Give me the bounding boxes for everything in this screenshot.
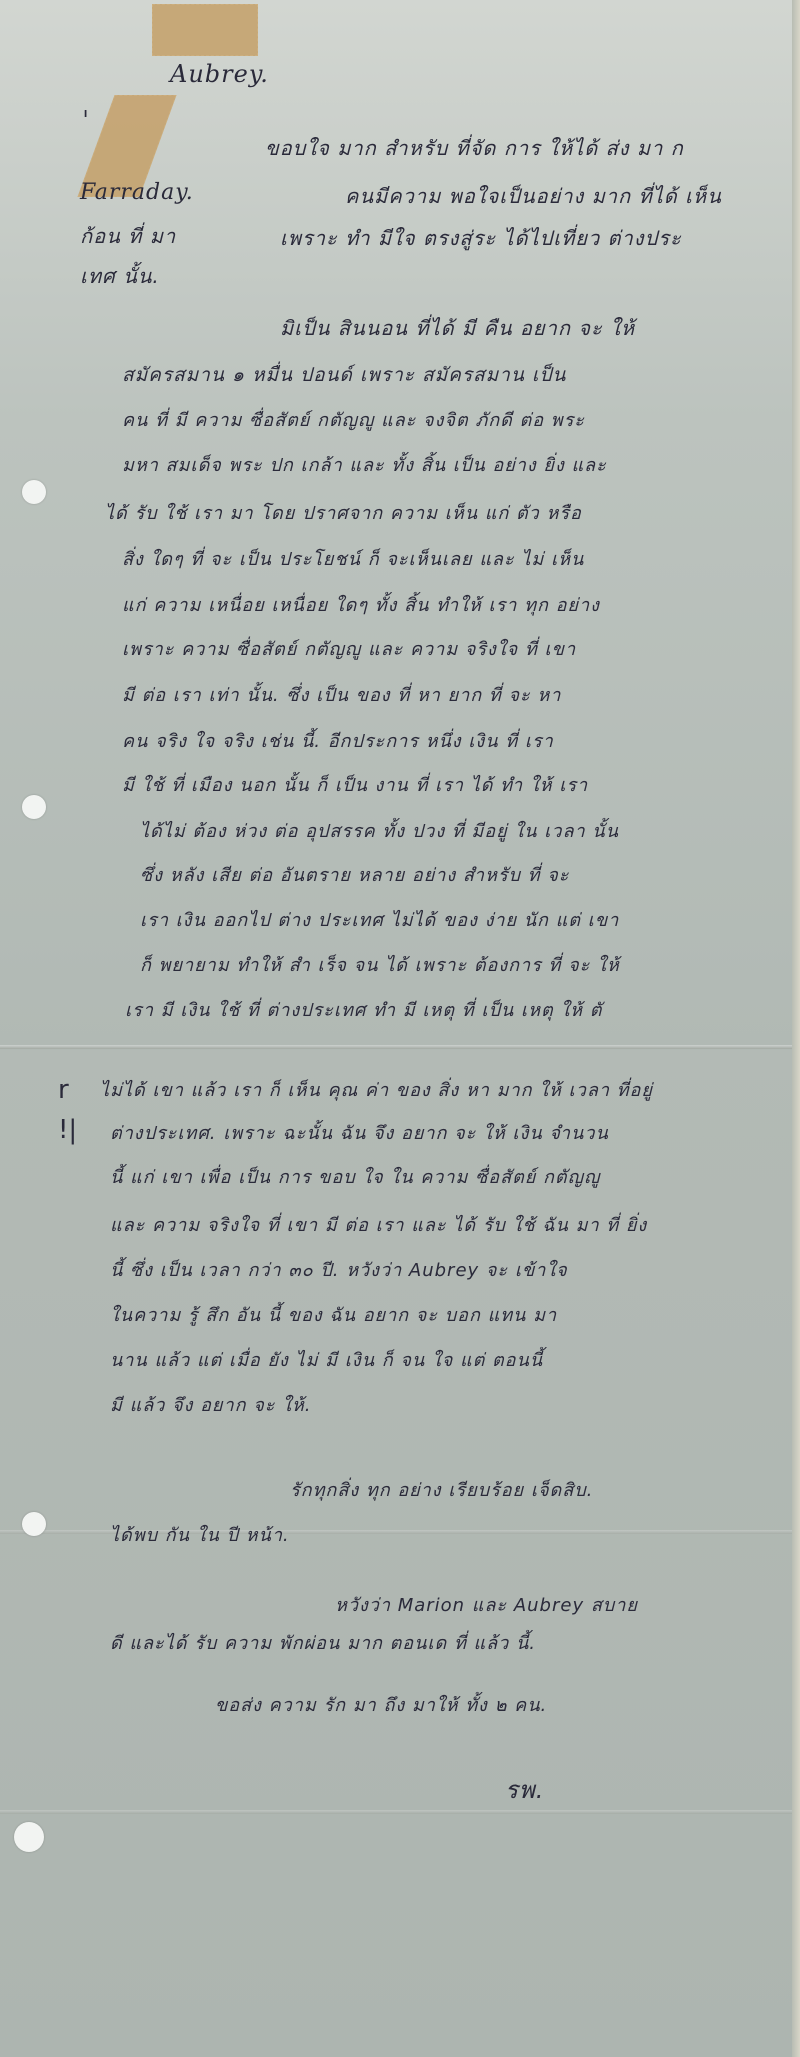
closing-line: หวังว่า Marion และ Aubrey สบาย xyxy=(335,1590,638,1619)
letter-line: แก่ ความ เหนื่อย เหนื่อย ใดๆ ทั้ง สิ้น ท… xyxy=(122,590,600,619)
letter-line: ก็ พยายาม ทำให้ สำ เร็จ จน ได้ เพราะ ต้อ… xyxy=(140,950,620,979)
letter-line: ไม่ได้ เขา แล้ว เรา ก็ เห็น คุณ ค่า ของ … xyxy=(100,1075,653,1104)
margin-note: Farraday. xyxy=(80,180,194,205)
closing-line: ได้พบ กัน ใน ปี หน้า. xyxy=(110,1520,290,1549)
letter-line: เรา มี เงิน ใช้ ที่ ต่างประเทศ ทำ มี เหต… xyxy=(125,995,602,1024)
letter-line: คน จริง ใจ จริง เช่น นี้. อีกประการ หนึ่… xyxy=(122,726,554,755)
ink-mark: !| xyxy=(58,1115,77,1145)
letter-paper: Aubrey. ˌ Farraday. ก้อน ที่ มา เทศ นั้น… xyxy=(0,0,800,2057)
letter-line: เพราะ ทำ มีใจ ตรงสู่ระ ได้ไปเที่ยว ต่างป… xyxy=(280,222,682,254)
paper-crease xyxy=(0,1810,800,1814)
ink-mark: r xyxy=(58,1075,69,1105)
letter-line: มี แล้ว จึง อยาก จะ ให้. xyxy=(110,1390,312,1419)
letter-line: ซึ่ง หลัง เสีย ต่อ อันตราย หลาย อย่าง สำ… xyxy=(140,860,569,889)
margin-note: ก้อน ที่ มา xyxy=(80,220,176,252)
letter-line: สิ่ง ใดๆ ที่ จะ เป็น ประโยชน์ ก็ จะเห็นเ… xyxy=(122,544,584,573)
letter-line: สมัครสมาน ๑ หมื่น ปอนด์ เพราะ สมัครสมาน … xyxy=(122,360,566,390)
ink-mark: ˌ xyxy=(82,90,89,120)
letter-line: เรา เงิน ออกไป ต่าง ประเทศ ไม่ได้ ของ ง่… xyxy=(140,905,619,934)
letter-line: นาน แล้ว แต่ เมื่อ ยัง ไม่ มี เงิน ก็ จน… xyxy=(110,1345,543,1374)
letter-line: คนมีความ พอใจเป็นอย่าง มาก ที่ได้ เห็น xyxy=(345,180,722,212)
letter-line: ต่างประเทศ. เพราะ ฉะนั้น ฉัน จึง อยาก จะ… xyxy=(110,1118,609,1147)
letter-line: ในความ รู้ สึก อัน นี้ ของ ฉัน อยาก จะ บ… xyxy=(110,1300,557,1329)
tape-strip xyxy=(152,4,258,56)
closing-line: รักทุกสิ่ง ทุก อย่าง เรียบร้อย เจ็ดสิบ. xyxy=(290,1475,593,1504)
closing-line: ขอส่ง ความ รัก มา ถึง มาให้ ทั้ง ๒ คน. xyxy=(215,1690,547,1719)
letter-line: ได้ไม่ ต้อง ห่วง ต่อ อุปสรรค ทั้ง ปวง ที… xyxy=(140,816,619,845)
letter-line: เพราะ ความ ซื่อสัตย์ กตัญญู และ ความ จริ… xyxy=(122,634,576,663)
closing-line: ดี และได้ รับ ความ พักผ่อน มาก ตอนเด ที่… xyxy=(110,1628,536,1657)
letter-line: และ ความ จริงใจ ที่ เขา มี ต่อ เรา และ ไ… xyxy=(110,1210,647,1239)
letter-line: มี ต่อ เรา เท่า นั้น. ซึ่ง เป็น ของ ที่ … xyxy=(122,680,561,709)
letter-line: นี้ ซึ่ง เป็น เวลา กว่า ๓๐ ปี. หวังว่า A… xyxy=(110,1255,568,1284)
salutation: Aubrey. xyxy=(170,60,269,88)
letter-line: มิเป็น สินนอน ที่ได้ มี คืน อยาก จะ ให้ xyxy=(280,312,635,344)
signature: รพ. xyxy=(505,1770,544,1809)
letter-line: ขอบใจ มาก สำหรับ ที่จัด การ ให้ได้ ส่ง ม… xyxy=(265,132,684,164)
letter-line: ได้ รับ ใช้ เรา มา โดย ปราศจาก ความ เห็น… xyxy=(105,498,582,527)
letter-line: คน ที่ มี ความ ซื่อสัตย์ กตัญญู และ จงจิ… xyxy=(122,405,585,434)
letter-line: มหา สมเด็จ พระ ปก เกล้า และ ทั้ง สิ้น เป… xyxy=(122,450,607,479)
paper-fold xyxy=(0,1045,800,1049)
letter-line: มี ใช้ ที่ เมือง นอก นั้น ก็ เป็น งาน ที… xyxy=(122,770,588,799)
paper-edge xyxy=(792,0,800,2057)
punch-hole xyxy=(22,480,46,504)
punch-hole xyxy=(22,795,46,819)
margin-note: เทศ นั้น. xyxy=(80,260,160,292)
punch-hole xyxy=(22,1512,46,1536)
punch-hole xyxy=(14,1822,44,1852)
letter-line: นี้ แก่ เขา เพื่อ เป็น การ ขอบ ใจ ใน ควา… xyxy=(110,1162,600,1191)
